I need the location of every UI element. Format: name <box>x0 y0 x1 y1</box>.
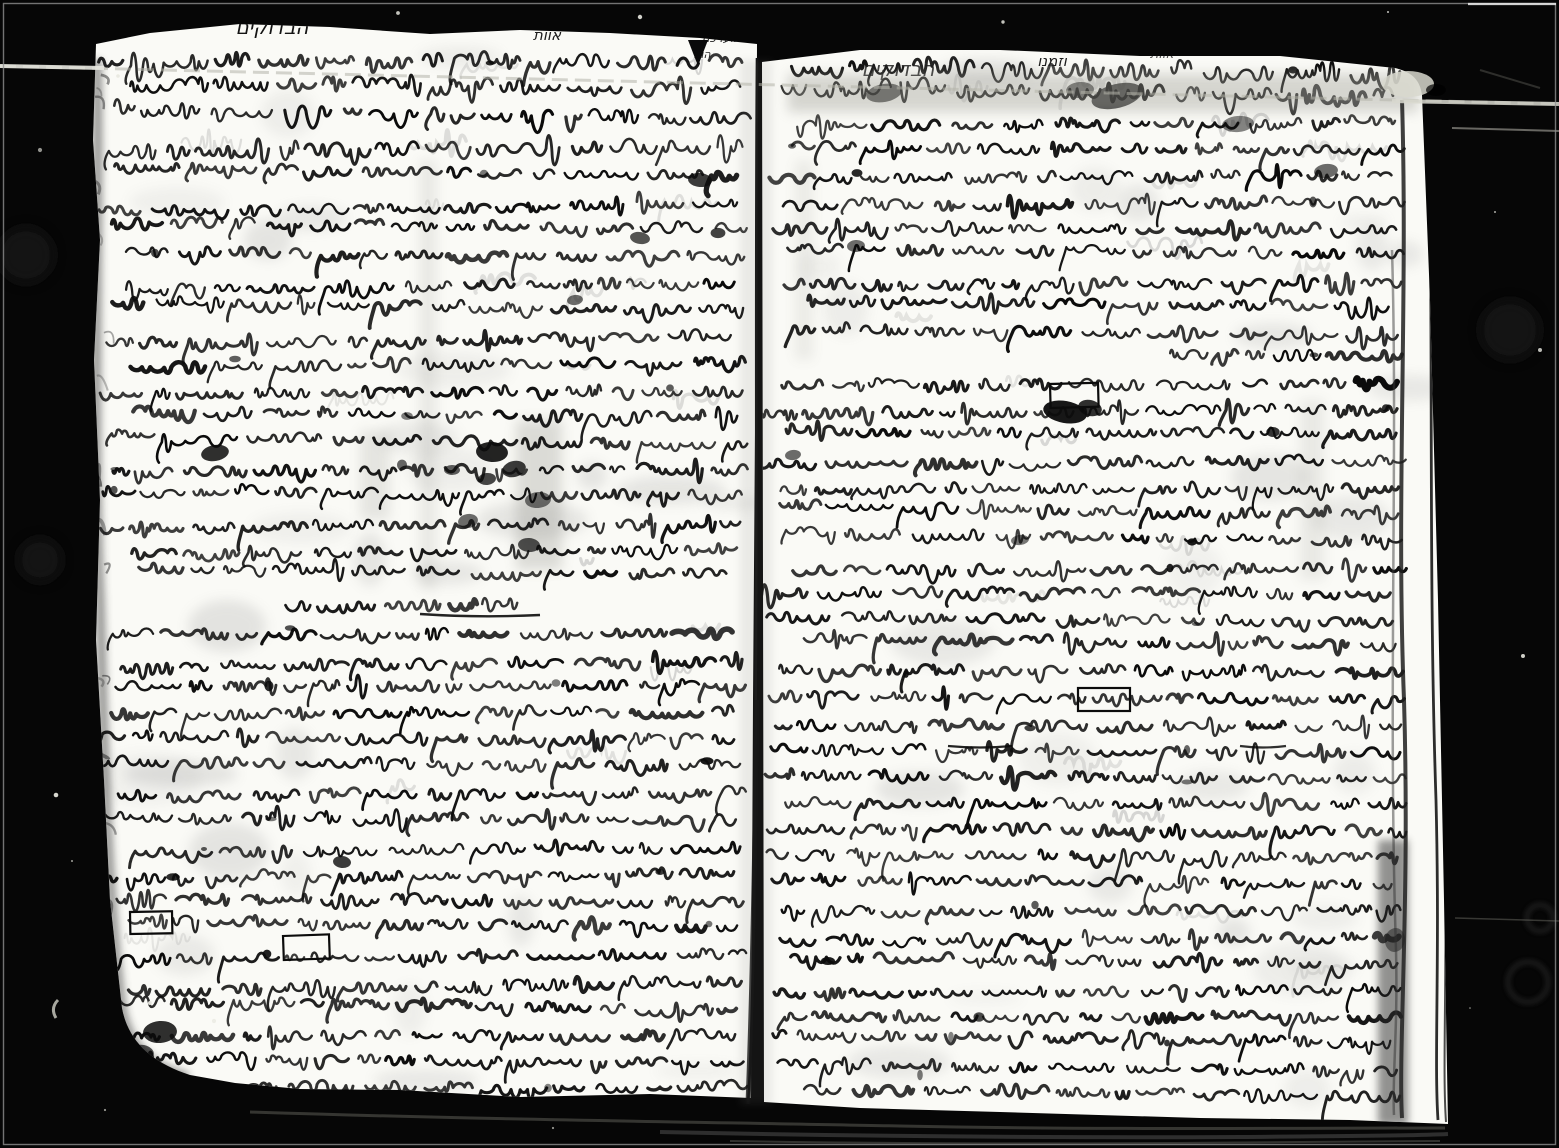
header-smear <box>788 74 1418 112</box>
gutter <box>740 58 772 1105</box>
manuscript-scan: הבדוקים אוות מערכת הוה הבדוקים וזמנו אוו… <box>0 0 1559 1148</box>
left-page: הבדוקים אוות מערכת הוה <box>90 15 767 1110</box>
right-page-note: וזמנו <box>1037 52 1067 70</box>
scan-image: הבדוקים אוות מערכת הוה הבדוקים וזמנו אוו… <box>0 0 1559 1148</box>
right-page: הבדוקים וזמנו אוות <box>756 47 1449 1125</box>
